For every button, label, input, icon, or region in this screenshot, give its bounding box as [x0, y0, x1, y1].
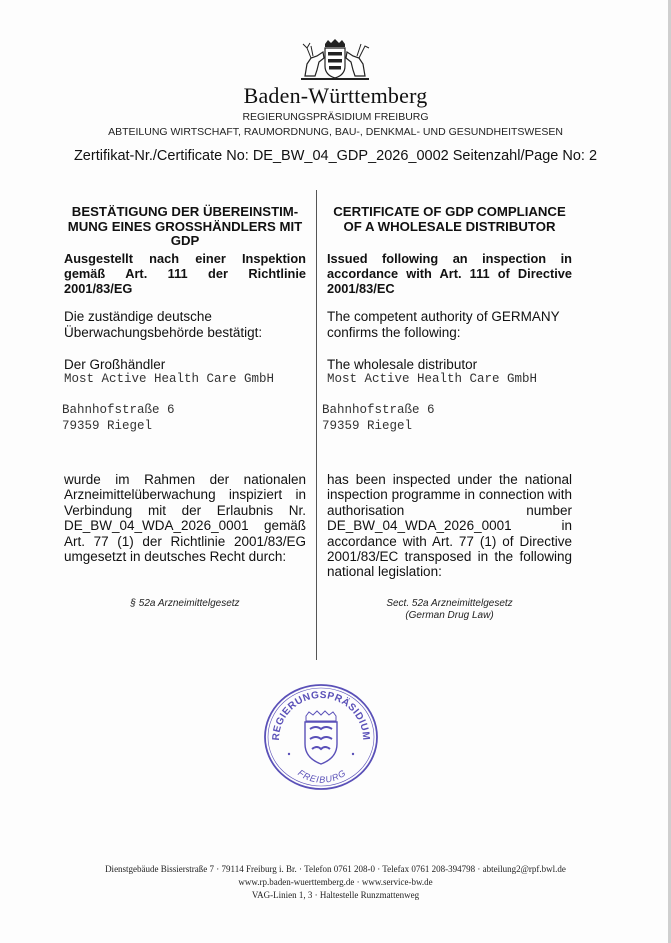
german-city: 79359 Riegel	[62, 419, 304, 434]
german-title-line: GDP	[64, 234, 306, 249]
english-distributor-label: The wholesale distributor	[327, 357, 572, 373]
english-authority-statement: The competent authority of GERMANY confi…	[327, 309, 572, 340]
german-title-line: MUNG EINES GROSSHÄNDLERS MIT	[64, 220, 306, 235]
footer-address: Dienstgebäude Bissierstraße 7 · 79114 Fr…	[0, 864, 671, 874]
certificate-number-line: Zertifikat-Nr./Certificate No: DE_BW_04_…	[0, 148, 671, 164]
english-law-line: Sect. 52a Arzneimittelgesetz	[327, 598, 572, 610]
german-law: § 52a Arzneimittelgesetz	[64, 598, 306, 610]
state-name: Baden-Württemberg	[0, 83, 671, 109]
english-distributor-name: Most Active Health Care GmbH	[327, 372, 587, 387]
german-distributor-name: Most Active Health Care GmbH	[64, 372, 314, 387]
department-name: ABTEILUNG WIRTSCHAFT, RAUMORDNUNG, BAU-,…	[0, 126, 671, 138]
english-title-line: CERTIFICATE OF GDP COMPLIANCE	[327, 205, 572, 220]
coat-of-arms-icon	[297, 38, 373, 82]
english-city: 79359 Riegel	[322, 419, 567, 434]
english-subtitle: Issued following an inspection in accord…	[327, 251, 572, 296]
english-law-note: (German Drug Law)	[327, 610, 572, 622]
german-title: BESTÄTIGUNG DER ÜBEREINSTIM- MUNG EINES …	[64, 205, 306, 249]
english-law: Sect. 52a Arzneimittelgesetz (German Dru…	[327, 598, 572, 622]
svg-text:FREIBURG: FREIBURG	[296, 768, 348, 785]
english-title-line: OF A WHOLESALE DISTRIBUTOR	[327, 220, 572, 235]
english-title: CERTIFICATE OF GDP COMPLIANCE OF A WHOLE…	[327, 205, 572, 234]
english-street: Bahnhofstraße 6	[322, 403, 567, 418]
german-inspection-text: wurde im Rahmen der nationalen Arzneimit…	[64, 472, 306, 564]
german-distributor-label: Der Großhändler	[64, 357, 306, 373]
footer-websites: www.rp.baden-wuerttemberg.de · www.servi…	[0, 877, 671, 887]
footer-transit: VAG-Linien 1, 3 · Haltestelle Runzmatten…	[0, 890, 671, 900]
english-inspection-text: has been inspected under the national in…	[327, 472, 572, 580]
authority-name: REGIERUNGSPRÄSIDIUM FREIBURG	[0, 111, 671, 123]
certificate-page: Baden-Württemberg REGIERUNGSPRÄSIDIUM FR…	[0, 0, 671, 943]
official-stamp-icon: REGIERUNGSPRÄSIDIUM FREIBURG	[261, 682, 381, 792]
german-title-line: BESTÄTIGUNG DER ÜBEREINSTIM-	[64, 205, 306, 220]
column-divider	[316, 190, 317, 660]
german-street: Bahnhofstraße 6	[62, 403, 304, 418]
german-subtitle: Ausgestellt nach einer Inspektion gemäß …	[64, 251, 306, 296]
german-authority-statement: Die zuständige deutsche Überwachungsbehö…	[64, 309, 306, 340]
